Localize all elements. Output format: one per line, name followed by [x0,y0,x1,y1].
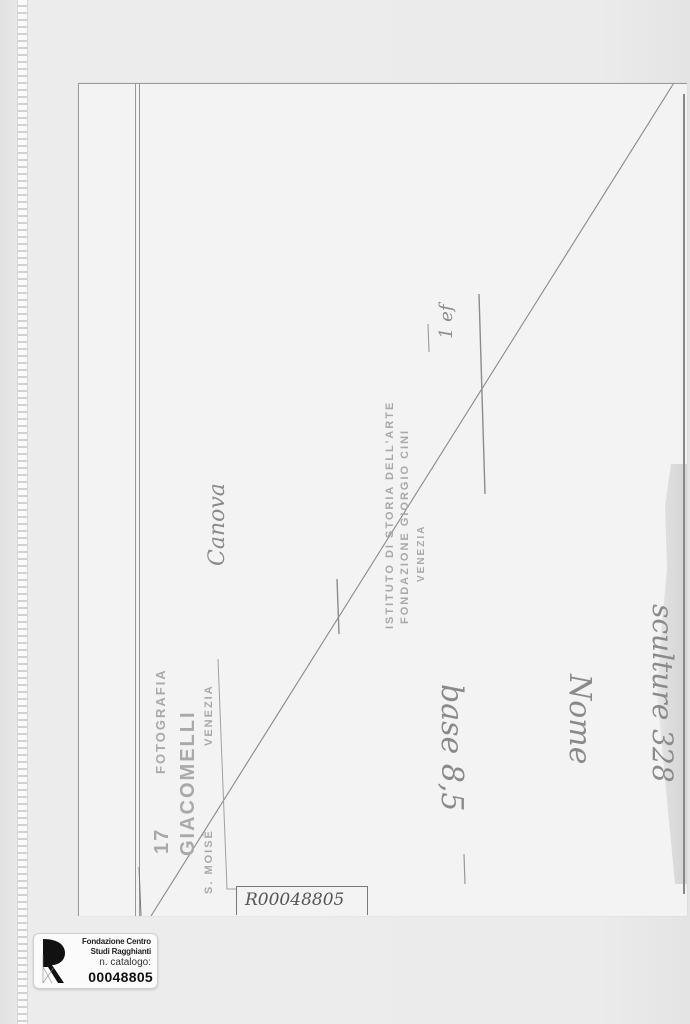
label-catalog-number: 00048805 [88,969,153,985]
catalog-label: Fondazione Centro Studi Ragghianti n. ca… [33,933,158,989]
handwritten-artist: Canova [205,483,230,566]
handwritten-note-right-2: Nome [562,674,597,765]
short-pencil-tick [337,579,339,634]
ragghianti-logo-icon [40,937,68,985]
photograph-verso: ISTITUTO DI STORIA DELL'ARTE FONDAZIONE … [78,83,687,916]
photographer-city: VENEZIA [203,684,215,746]
label-org-line1: Fondazione Centro [82,937,151,946]
pencil-dash [464,854,465,884]
photographer-address: S. MOISÈ [203,829,215,894]
vertical-pencil-line [479,294,485,494]
handwritten-note-right-1: sculture 328 [646,604,679,783]
photographer-header: FOTOGRAFIA [153,668,168,774]
pencil-mark-1 [428,324,429,352]
label-org-line2: Studi Ragghianti [91,947,151,956]
photographer-number: 17 [151,828,174,854]
institute-stamp-line1: ISTITUTO DI STORIA DELL'ARTE [384,401,396,629]
stamp-border [218,659,237,889]
handwritten-inventory-code: R00048805 [245,890,344,910]
pencil-marks [79,84,687,916]
sleeve-perforation [17,0,28,1024]
institute-stamp-line3: VENEZIA [416,525,427,582]
photographer-name: GIACOMELLI [177,710,200,856]
inventory-code-box: R00048805 [236,886,368,915]
handwritten-note-middle: base 8,5 [434,684,469,812]
handwritten-note-top: 1 ef [436,305,457,340]
institute-stamp-line2: FONDAZIONE GIORGIO CINI [399,429,411,624]
label-catalog-caption: n. catalogo: [99,957,151,968]
